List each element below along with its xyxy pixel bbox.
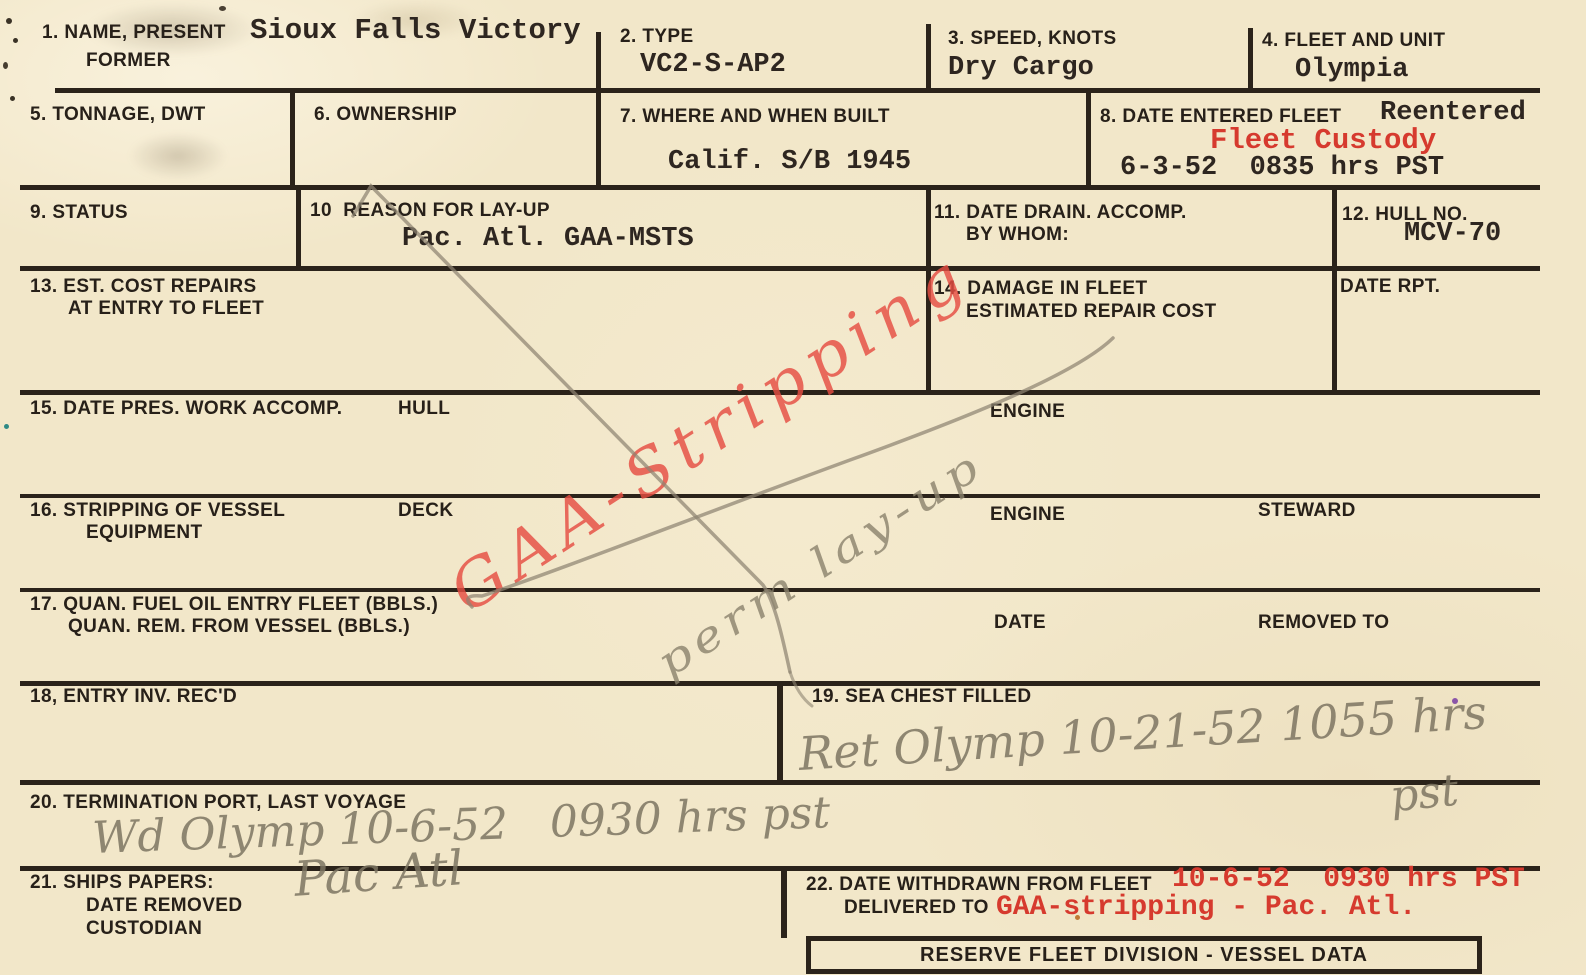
field14-side-label: DATE RPT. xyxy=(1340,276,1440,298)
stain xyxy=(128,132,228,180)
field17-sublabel: QUAN. REM. FROM VESSEL (BBLS.) xyxy=(68,616,410,638)
rule-below-row2 xyxy=(20,185,1540,190)
divider-3-4 xyxy=(1248,28,1253,88)
field6-label: 6. OWNERSHIP xyxy=(314,104,457,126)
field14-sublabel: ESTIMATED REPAIR COST xyxy=(966,301,1216,323)
field7-label: 7. WHERE AND WHEN BUILT xyxy=(620,106,890,128)
divider-9-10 xyxy=(296,185,301,270)
field17-label: 17. QUAN. FUEL OIL ENTRY FLEET (BBLS.) xyxy=(30,594,438,616)
divider-1-2 xyxy=(596,32,601,88)
field9-label: 9. STATUS xyxy=(30,202,128,224)
divider-14-daterpt xyxy=(1332,266,1337,394)
field1-label: 1. NAME, PRESENT xyxy=(42,22,226,44)
field10-label: 10 REASON FOR LAY-UP xyxy=(310,200,550,222)
speck xyxy=(3,62,8,69)
divider-7-8 xyxy=(1086,88,1091,189)
field11-sublabel: BY WHOM: xyxy=(966,224,1069,246)
field3-label: 3. SPEED, KNOTS xyxy=(948,28,1117,50)
field16-steward-label: STEWARD xyxy=(1258,500,1356,522)
field3-value: Dry Cargo xyxy=(948,53,1094,83)
field1-value: Sioux Falls Victory xyxy=(250,14,581,47)
pencil-tail-stroke xyxy=(790,672,812,706)
speck xyxy=(13,38,18,43)
field21-label: 21. SHIPS PAPERS: xyxy=(30,872,214,894)
field8-value: 6-3-52 0835 hrs PST xyxy=(1120,153,1444,183)
field12-value: MCV-70 xyxy=(1404,219,1501,249)
divider-18-19 xyxy=(777,681,783,785)
field13-sublabel: AT ENTRY TO FLEET xyxy=(68,298,264,320)
field5-label: 5. TONNAGE, DWT xyxy=(30,104,206,126)
speck xyxy=(4,424,9,429)
field10-value: Pac. Atl. GAA-MSTS xyxy=(402,224,694,254)
footer-title: RESERVE FLEET DIVISION - VESSEL DATA xyxy=(920,944,1368,967)
divider-2-3 xyxy=(926,24,931,88)
field19-handwriting-tz: pst xyxy=(1388,765,1461,823)
rule-below-row3 xyxy=(20,266,1540,271)
field16-sublabel: EQUIPMENT xyxy=(86,522,203,544)
field16-label: 16. STRIPPING OF VESSEL xyxy=(30,500,285,522)
divider-6-7 xyxy=(596,88,601,189)
rule-below-row5 xyxy=(20,494,1540,498)
field21-sublabel-dateremoved: DATE REMOVED xyxy=(86,895,242,917)
field20-handwriting-port: Pac Atl xyxy=(292,840,465,908)
divider-11-12 xyxy=(1332,190,1337,270)
field2-value: VC2-S-AP2 xyxy=(640,50,786,80)
field4-value: Olympia xyxy=(1295,55,1408,85)
field22-red-value: 10-6-52 0930 hrs PST xyxy=(1172,864,1525,895)
field17-removedto-label: REMOVED TO xyxy=(1258,612,1389,634)
field1-sublabel: FORMER xyxy=(86,50,171,72)
field15-label: 15. DATE PRES. WORK ACCOMP. xyxy=(30,398,342,420)
field16-engine-label: ENGINE xyxy=(990,504,1065,526)
field7-value: Calif. S/B 1945 xyxy=(668,147,911,177)
field21-sublabel-custodian: CUSTODIAN xyxy=(86,918,202,940)
divider-5-6 xyxy=(290,88,295,189)
speck xyxy=(6,18,12,24)
field22-red-delivered: GAA-stripping - Pac. Atl. xyxy=(996,892,1416,923)
field17-date-label: DATE xyxy=(994,612,1046,634)
field13-label: 13. EST. COST REPAIRS xyxy=(30,276,257,298)
footer-title-box: RESERVE FLEET DIVISION - VESSEL DATA xyxy=(806,936,1482,974)
field15-hull-label: HULL xyxy=(398,398,450,420)
vessel-data-card: 1. NAME, PRESENT Sioux Falls Victory FOR… xyxy=(0,0,1586,975)
field15-engine-label: ENGINE xyxy=(990,401,1065,423)
field11-label: 11. DATE DRAIN. ACCOMP. xyxy=(934,202,1187,224)
speck xyxy=(219,6,226,11)
divider-21-22 xyxy=(781,866,787,938)
rule-below-row1 xyxy=(55,88,1540,93)
field4-label: 4. FLEET AND UNIT xyxy=(1262,30,1445,52)
field22-sublabel: DELIVERED TO xyxy=(844,897,989,919)
field18-label: 18, ENTRY INV. REC'D xyxy=(30,686,237,708)
field2-label: 2. TYPE xyxy=(620,26,694,48)
speck xyxy=(10,96,15,101)
field19-label: 19. SEA CHEST FILLED xyxy=(812,686,1032,708)
field16-deck-label: DECK xyxy=(398,500,453,522)
red-scrawl-gaa-stripping: GAA-Stripping xyxy=(436,237,983,627)
